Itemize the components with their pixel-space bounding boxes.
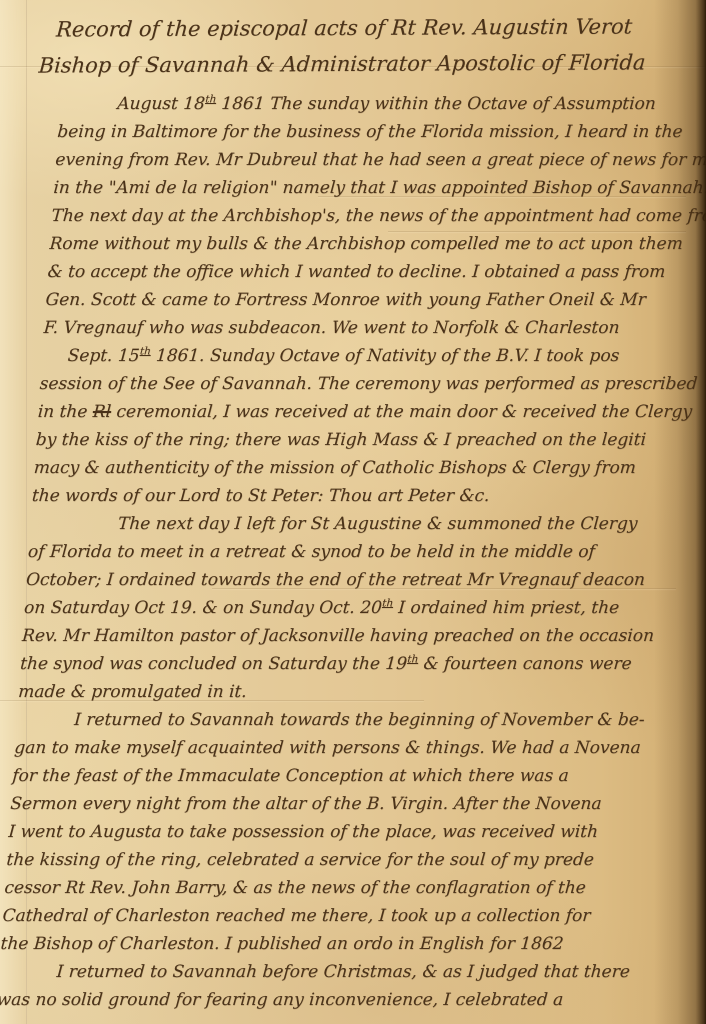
manuscript-line: being in Baltimore for the business of t…: [56, 118, 684, 146]
manuscript-line: August 18th 1861 The sunday within the O…: [58, 90, 686, 118]
manuscript-line: the kissing of the ring, celebrated a se…: [5, 846, 633, 874]
manuscript-line: Sept. 15th 1861. Sunday Octave of Nativi…: [41, 342, 669, 370]
record-title: Record of the episcopal acts of Rt Rev. …: [38, 8, 649, 83]
record-title-line: Record of the episcopal acts of Rt Rev. …: [40, 8, 649, 47]
manuscript-line: session of the See of Savannah. The cere…: [39, 370, 667, 398]
paragraph-4: I returned to Savannah towards the begin…: [0, 706, 643, 958]
manuscript-line: I returned to Savannah towards the begin…: [15, 706, 643, 734]
manuscript-line: Rev. Mr Hamilton pastor of Jacksonville …: [21, 622, 649, 650]
manuscript-line: the synod was concluded on Saturday the …: [19, 650, 647, 678]
manuscript-line: Gen. Scott & came to Fortress Monroe wit…: [45, 286, 673, 314]
manuscript-line: The next day I left for St Augustine & s…: [29, 510, 657, 538]
manuscript-line: Sermon every night from the altar of the…: [9, 790, 637, 818]
manuscript-line: in the "Ami de la religion" namely that …: [52, 174, 680, 202]
manuscript-line: by the kiss of the ring; there was High …: [35, 426, 663, 454]
manuscript-line: gan to make myself acquainted with perso…: [13, 734, 641, 762]
manuscript-line: Cathedral of Charleston reached me there…: [2, 902, 630, 930]
manuscript-line: I returned to Savannah before Christmas,…: [0, 958, 626, 986]
manuscript-line: & to accept the office which I wanted to…: [47, 258, 675, 286]
manuscript-line: in the Rl ceremonial, I was received at …: [37, 398, 665, 426]
manuscript-line: evening from Rev. Mr Dubreul that he had…: [54, 146, 682, 174]
paragraph-5: I returned to Savannah before Christmas,…: [0, 958, 626, 1014]
manuscript-line: Rome without my bulls & the Archbishop c…: [49, 230, 677, 258]
manuscript-line: The next day at the Archbishop's, the ne…: [51, 202, 679, 230]
manuscript-line: the Bishop of Charleston. I published an…: [0, 930, 628, 958]
manuscript-body: August 18th 1861 The sunday within the O…: [0, 90, 686, 1014]
manuscript-line: was no solid ground for fearing any inco…: [0, 986, 624, 1014]
manuscript-line: macy & authenticity of the mission of Ca…: [33, 454, 661, 482]
manuscript-line: made & promulgated in it.: [17, 678, 645, 706]
manuscript-line: the words of our Lord to St Peter: Thou …: [31, 482, 659, 510]
manuscript-line: on Saturday Oct 19. & on Sunday Oct. 20t…: [23, 594, 651, 622]
manuscript-line: for the feast of the Immaculate Concepti…: [11, 762, 639, 790]
manuscript-page: Record of the episcopal acts of Rt Rev. …: [0, 0, 706, 1024]
manuscript-line: of Florida to meet in a retreat & synod …: [27, 538, 655, 566]
manuscript-line: October; I ordained towards the end of t…: [25, 566, 653, 594]
manuscript-line: cessor Rt Rev. John Barry, & as the news…: [4, 874, 632, 902]
paragraph-3: The next day I left for St Augustine & s…: [17, 510, 657, 706]
record-title-line: Bishop of Savannah & Administrator Apost…: [38, 44, 647, 83]
page-binding-shadow: [654, 0, 706, 1024]
manuscript-line: I went to Augusta to take possession of …: [7, 818, 635, 846]
paragraph-2: Sept. 15th 1861. Sunday Octave of Nativi…: [31, 342, 669, 510]
paragraph-1: August 18th 1861 The sunday within the O…: [43, 90, 687, 342]
manuscript-line: F. Vregnauf who was subdeacon. We went t…: [43, 314, 671, 342]
